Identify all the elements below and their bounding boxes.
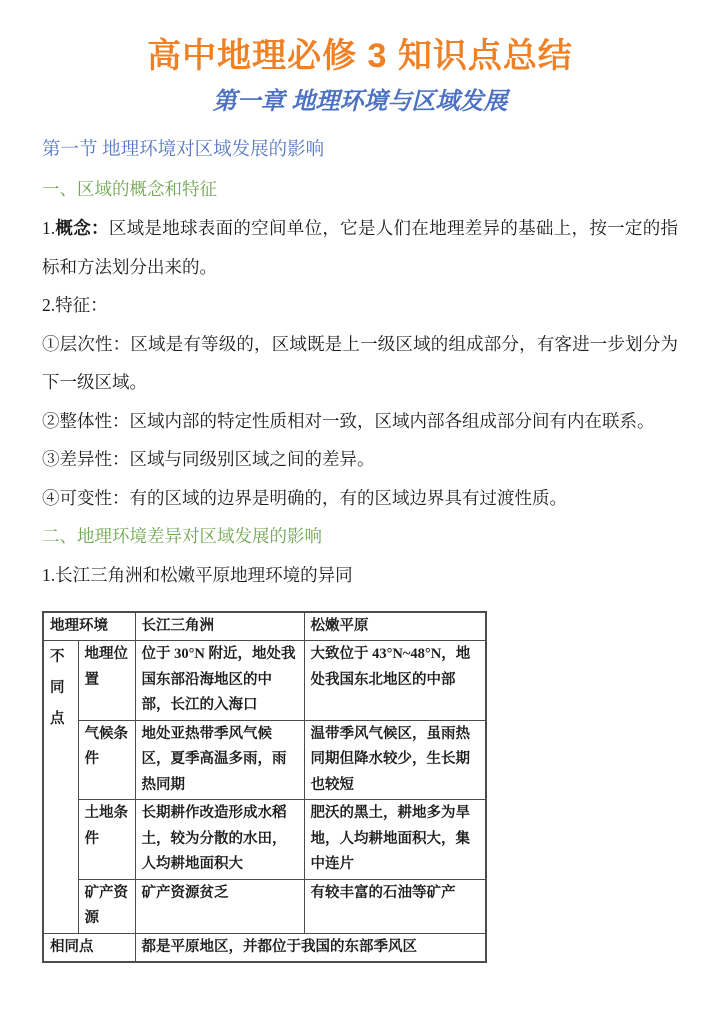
changjiang-location-cell: 位于 30°N 附近，地处我国东部沿海地区的中部，长江的入海口 xyxy=(135,641,304,721)
songnen-land-cell: 肥沃的黑土，耕地多为旱地，人均耕地面积大，集中连片 xyxy=(304,800,486,880)
songnen-climate-cell: 温带季风气候区，虽雨热同期但降水较少，生长期也较短 xyxy=(304,720,486,800)
subheading-concept: 一、区域的概念和特征 xyxy=(42,170,678,209)
table-row-similarity: 相同点 都是平原地区，并都位于我国的东部季风区 xyxy=(43,933,486,962)
songnen-location-cell: 大致位于 43°N~48°N，地处我国东北地区的中部 xyxy=(304,641,486,721)
category-cell-land: 土地条件 xyxy=(78,800,135,880)
paragraph-compare-intro: 1.长江三角洲和松嫩平原地理环境的异同 xyxy=(42,556,678,595)
header-cell-environment: 地理环境 xyxy=(43,612,135,641)
paragraph-difference: ③差异性：区域与同级别区域之间的差异。 xyxy=(42,440,678,479)
table-header-row: 地理环境 长江三角洲 松嫩平原 xyxy=(43,612,486,641)
paragraph-features: 2.特征： xyxy=(42,286,678,325)
paragraph-integrity: ②整体性：区域内部的特定性质相对一致，区域内部各组成部分间有内在联系。 xyxy=(42,402,678,441)
paragraph-variability: ④可变性：有的区域的边界是明确的，有的区域边界具有过渡性质。 xyxy=(42,479,678,518)
concept-term: 概念： xyxy=(55,218,109,238)
similarity-label-cell: 相同点 xyxy=(43,933,135,962)
table-row-minerals: 矿产资源 矿产资源贫乏 有较丰富的石油等矿产 xyxy=(43,879,486,933)
concept-number: 1. xyxy=(42,218,55,238)
concept-text: 区域是地球表面的空间单位，它是人们在地理差异的基础上，按一定的指标和方法划分出来… xyxy=(42,218,678,277)
changjiang-land-cell: 长期耕作改造形成水稻土，较为分散的水田，人均耕地面积大 xyxy=(135,800,304,880)
difference-group-label: 不同点 xyxy=(43,641,78,934)
category-cell-minerals: 矿产资源 xyxy=(78,879,135,933)
subheading-environment-difference: 二、地理环境差异对区域发展的影响 xyxy=(42,517,678,556)
table-row-climate: 气候条件 地处亚热带季风气候区，夏季高温多雨，雨热同期 温带季风气候区，虽雨热同… xyxy=(43,720,486,800)
paragraph-level: ①层次性：区域是有等级的，区域既是上一级区域的组成部分，有客进一步划分为下一级区… xyxy=(42,325,678,402)
category-cell-climate: 气候条件 xyxy=(78,720,135,800)
changjiang-climate-cell: 地处亚热带季风气候区，夏季高温多雨，雨热同期 xyxy=(135,720,304,800)
document-page: 高中地理必修 3 知识点总结 第一章 地理环境与区域发展 第一节 地理环境对区域… xyxy=(0,0,720,1018)
header-cell-changjiang: 长江三角洲 xyxy=(135,612,304,641)
paragraph-concept: 1.概念：区域是地球表面的空间单位，它是人们在地理差异的基础上，按一定的指标和方… xyxy=(42,209,678,286)
changjiang-minerals-cell: 矿产资源贫乏 xyxy=(135,879,304,933)
chapter-heading: 第一章 地理环境与区域发展 xyxy=(42,86,678,118)
table-row-location: 不同点 地理位置 位于 30°N 附近，地处我国东部沿海地区的中部，长江的入海口… xyxy=(43,641,486,721)
songnen-minerals-cell: 有较丰富的石油等矿产 xyxy=(304,879,486,933)
document-title: 高中地理必修 3 知识点总结 xyxy=(42,34,678,78)
table-row-land: 土地条件 长期耕作改造形成水稻土，较为分散的水田，人均耕地面积大 肥沃的黑土，耕… xyxy=(43,800,486,880)
similarity-text-cell: 都是平原地区，并都位于我国的东部季风区 xyxy=(135,933,486,962)
comparison-table: 地理环境 长江三角洲 松嫩平原 不同点 地理位置 位于 30°N 附近，地处我国… xyxy=(42,611,487,964)
header-cell-songnen: 松嫩平原 xyxy=(304,612,486,641)
category-cell-location: 地理位置 xyxy=(78,641,135,721)
section-heading: 第一节 地理环境对区域发展的影响 xyxy=(42,130,678,170)
